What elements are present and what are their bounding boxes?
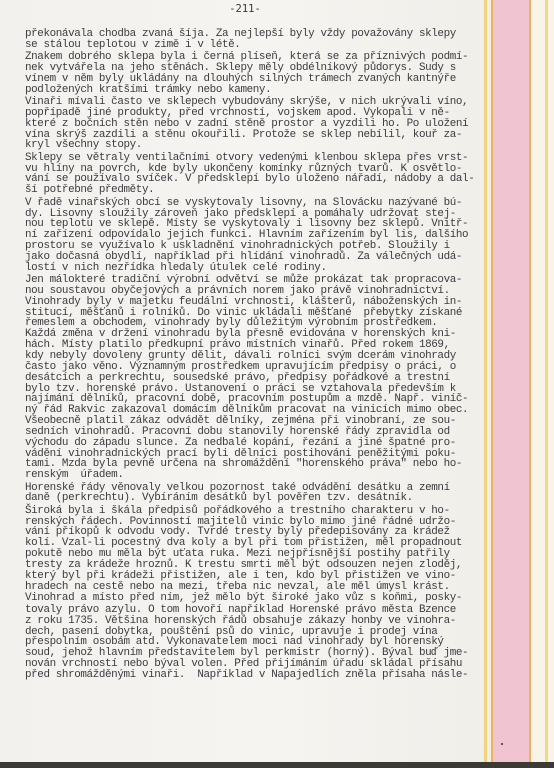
text-line: které z bočních stěn nebo v zadní stěně … — [25, 119, 475, 130]
text-line: V řadě vinařských obcí se vyskytovaly li… — [25, 198, 475, 209]
text-line: ší potřebné předměty. — [25, 185, 475, 196]
text-line: z roku 1735. Většina horenských řádů obs… — [25, 616, 475, 627]
text-line: podložených kratšími trámky nebo kameny. — [25, 85, 475, 96]
strip-yellow-line — [545, 0, 548, 762]
scanned-page: -211- překonávala chodba zvaná šíja. Za … — [0, 0, 554, 768]
text-line: východu do západu slunce. Za nedbalé kop… — [25, 438, 475, 449]
text-line: Široká byla i škála předpisů pořádkového… — [25, 506, 475, 517]
strip-pink-band — [493, 0, 529, 762]
text-line: hradech na cestě nebo na mezi, třeba nic… — [25, 582, 475, 593]
text-line: desátcích a perkrechtu, sousedské právo,… — [25, 373, 475, 384]
strip-light-band — [531, 0, 554, 762]
text-line: Vinohrad a místo před ním, jež mělo být … — [25, 593, 475, 604]
page-number: -211- — [0, 3, 490, 15]
text-line: kryl všechny stopy. — [25, 140, 475, 151]
text-line: se stálou teplotou v zimě i v létě. — [25, 40, 475, 51]
strip-yellow-line — [484, 0, 487, 762]
text-line: renským úřadem. — [25, 470, 475, 481]
colored-margin-strip — [484, 0, 554, 762]
text-line: před shromážděnými vinaři. Například v N… — [25, 670, 475, 681]
typewritten-body-text: překonávala chodba zvaná šíja. Za nejlep… — [25, 29, 475, 681]
text-line: Sklepy se větraly ventilačními otvory ve… — [25, 153, 475, 164]
paper-speck — [501, 743, 503, 745]
text-line: daně (perkrechtu). Vybíráním desátků byl… — [25, 493, 475, 504]
text-line: Vinohrady byly v majetku feudální vrchno… — [25, 297, 475, 308]
page-bottom-edge — [0, 762, 554, 768]
text-line: lostí v nich nezřídka hledaly útulek cel… — [25, 263, 475, 274]
